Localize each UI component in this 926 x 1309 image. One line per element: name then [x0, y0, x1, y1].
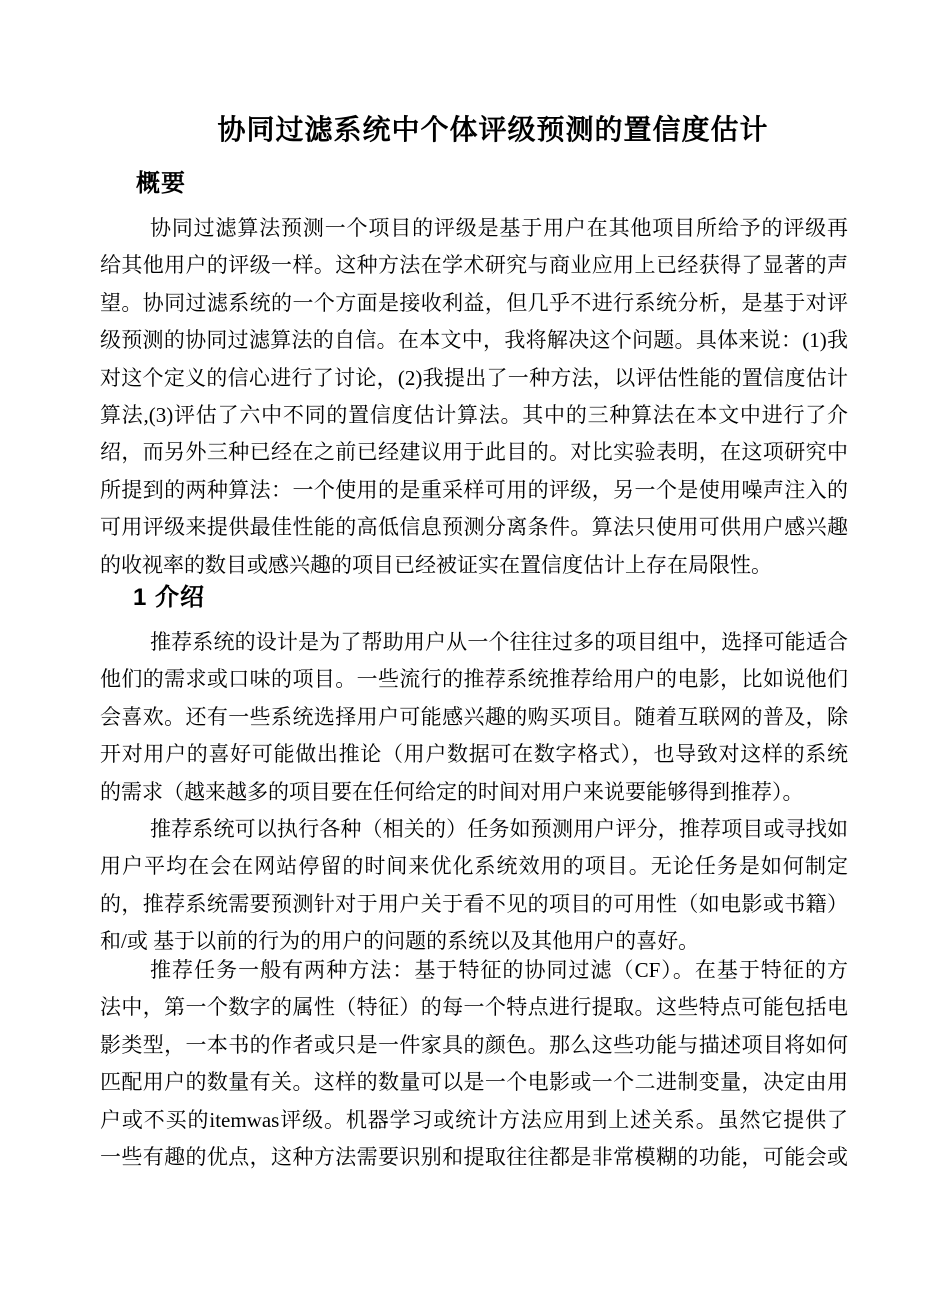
text-line: 开对用户的喜好可能做出推论（用户数据可在数字格式），也导致对这样的系统	[100, 736, 848, 773]
text-line: 望。协同过滤系统的一个方面是接收利益，但几乎不进行系统分析，是基于对评	[100, 285, 848, 322]
text-line: 会喜欢。还有一些系统选择用户可能感兴趣的购买项目。随着互联网的普及，除	[100, 699, 848, 736]
text-line: 法中，第一个数字的属性（特征）的每一个特点进行提取。这些特点可能包括电	[100, 989, 848, 1026]
abstract-paragraph: 协同过滤算法预测一个项目的评级是基于用户在其他项目所给予的评级再 给其他用户的评…	[100, 210, 848, 584]
text-line: 的需求（越来越多的项目要在任何给定的时间对用户来说要能够得到推荐）。	[100, 774, 848, 811]
text-line: 级预测的协同过滤算法的自信。在本文中，我将解决这个问题。具体来说：(1)我	[100, 322, 848, 359]
document-title: 协同过滤系统中个体评级预测的置信度估计	[0, 111, 926, 149]
text-line: 推荐任务一般有两种方法：基于特征的协同过滤（CF）。在基于特征的方	[100, 952, 848, 989]
introduction-paragraph-1: 推荐系统的设计是为了帮助用户从一个往往过多的项目组中，选择可能适合 他们的需求或…	[100, 624, 848, 811]
text-line: 算法,(3)评估了六中不同的置信度估计算法。其中的三种算法在本文中进行了介	[100, 397, 848, 434]
text-line: 给其他用户的评级一样。这种方法在学术研究与商业应用上已经获得了显著的声	[100, 247, 848, 284]
text-line: 他们的需求或口味的项目。一些流行的推荐系统推荐给用户的电影，比如说他们	[100, 661, 848, 698]
text-line: 推荐系统的设计是为了帮助用户从一个往往过多的项目组中，选择可能适合	[100, 624, 848, 661]
introduction-heading: 1 介绍	[133, 583, 205, 613]
text-line: 所提到的两种算法：一个使用的是重采样可用的评级，另一个是使用噪声注入的	[100, 472, 848, 509]
text-line: 的，推荐系统需要预测针对于用户关于看不见的项目的可用性（如电影或书籍）	[100, 886, 848, 923]
text-line: 对这个定义的信心进行了讨论，(2)我提出了一种方法，以评估性能的置信度估计	[100, 360, 848, 397]
text-line: 一些有趣的优点，这种方法需要识别和提取往往都是非常模糊的功能，可能会或	[100, 1139, 848, 1176]
text-line: 匹配用户的数量有关。这样的数量可以是一个电影或一个二进制变量，决定由用	[100, 1064, 848, 1101]
text-line: 协同过滤算法预测一个项目的评级是基于用户在其他项目所给予的评级再	[100, 210, 848, 247]
text-line: 推荐系统可以执行各种（相关的）任务如预测用户评分，推荐项目或寻找如	[100, 811, 848, 848]
text-line: 可用评级来提供最佳性能的高低信息预测分离条件。算法只使用可供用户感兴趣	[100, 509, 848, 546]
abstract-heading: 概要	[136, 169, 186, 199]
text-line: 用户平均在会在网站停留的时间来优化系统效用的项目。无论任务是如何制定	[100, 848, 848, 885]
text-line: 影类型，一本书的作者或只是一件家具的颜色。那么这些功能与描述项目将如何	[100, 1027, 848, 1064]
introduction-paragraph-3: 推荐任务一般有两种方法：基于特征的协同过滤（CF）。在基于特征的方 法中，第一个…	[100, 952, 848, 1176]
text-line: 的收视率的数目或感兴趣的项目已经被证实在置信度估计上存在局限性。	[100, 547, 848, 584]
introduction-paragraph-2: 推荐系统可以执行各种（相关的）任务如预测用户评分，推荐项目或寻找如 用户平均在会…	[100, 811, 848, 961]
document-page: 协同过滤系统中个体评级预测的置信度估计 概要 协同过滤算法预测一个项目的评级是基…	[0, 0, 926, 1309]
text-line: 户或不买的itemwas评级。机器学习或统计方法应用到上述关系。虽然它提供了	[100, 1102, 848, 1139]
text-line: 绍，而另外三种已经在之前已经建议用于此目的。对比实验表明，在这项研究中	[100, 434, 848, 471]
